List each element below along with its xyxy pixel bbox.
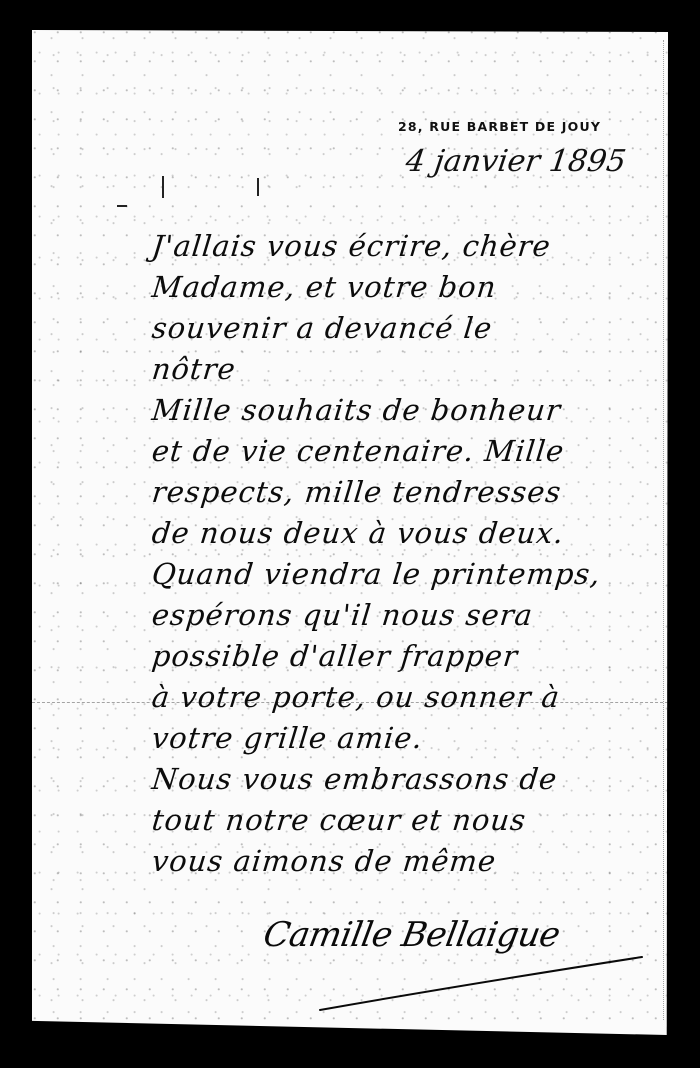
letter-paper: 28, RUE BARBET DE JOUY 4 janvier 1895 J'… xyxy=(32,30,668,1035)
signature-flourish xyxy=(312,955,652,1015)
letter-line: et de vie centenaire. Mille xyxy=(150,431,664,472)
stray-mark xyxy=(117,205,127,207)
letter-line: espérons qu'il nous sera xyxy=(150,595,664,636)
letter-line: de nous deux à vous deux. xyxy=(150,513,664,554)
stray-mark xyxy=(257,178,259,196)
scanned-letter: 28, RUE BARBET DE JOUY 4 janvier 1895 J'… xyxy=(0,0,700,1068)
letter-line: vous aimons de même xyxy=(150,841,664,882)
letter-line: votre grille amie. xyxy=(150,718,664,759)
letter-line: Quand viendra le printemps, xyxy=(150,554,664,595)
letter-line: Madame, et votre bon xyxy=(150,267,664,308)
letter-line: tout notre cœur et nous xyxy=(150,800,664,841)
letter-line: à votre porte, ou sonner à xyxy=(150,677,664,718)
letter-line: nôtre xyxy=(150,349,664,390)
paper-edge xyxy=(663,40,664,1020)
letter-line: Nous vous embrassons de xyxy=(150,759,664,800)
letter-line: possible d'aller frapper xyxy=(150,636,664,677)
letter-date: 4 janvier 1895 xyxy=(404,144,629,179)
letter-line: respects, mille tendresses xyxy=(150,472,664,513)
letterhead-address: 28, RUE BARBET DE JOUY xyxy=(398,119,601,134)
letter-line: Mille souhaits de bonheur xyxy=(150,390,664,431)
letter-line: J'allais vous écrire, chère xyxy=(150,226,664,267)
signature: Camille Bellaigue xyxy=(260,915,562,955)
stray-mark xyxy=(162,176,164,198)
letter-body: J'allais vous écrire, chère Madame, et v… xyxy=(152,226,662,882)
letter-line: souvenir a devancé le xyxy=(150,308,664,349)
